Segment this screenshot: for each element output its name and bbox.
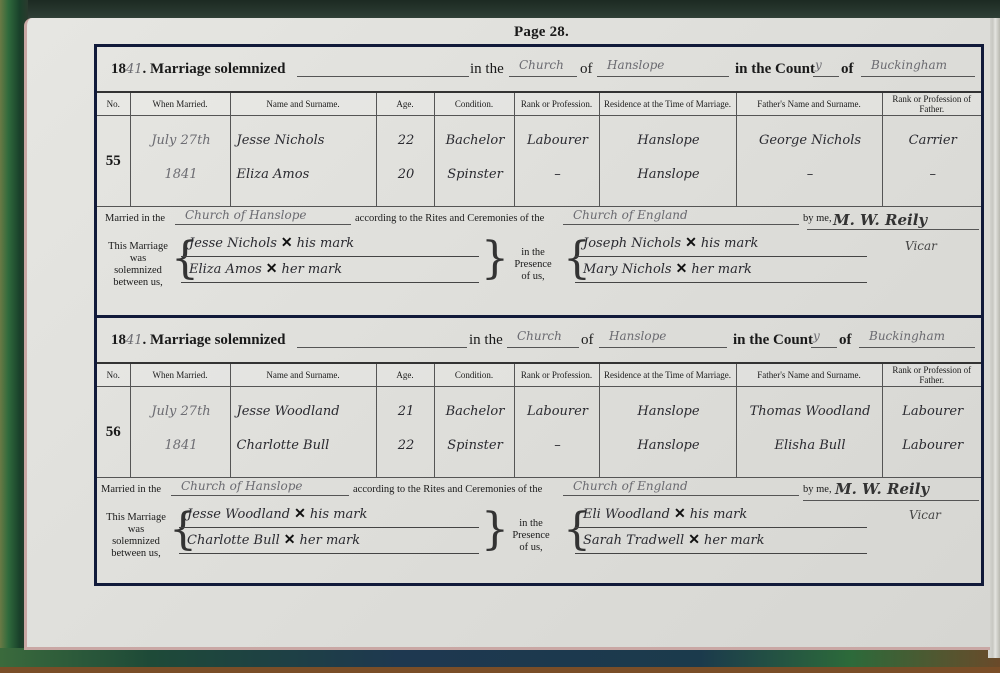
col-father-profession: Rank or Profession of Father. bbox=[882, 364, 981, 387]
witness-signature: Joseph Nichols✕his mark bbox=[575, 233, 867, 257]
bride-father: Elisha Bull bbox=[743, 429, 878, 463]
entry-number: 56 bbox=[97, 387, 130, 478]
father-profession-cell: Labourer Labourer bbox=[882, 387, 981, 478]
place-type: Church bbox=[507, 324, 579, 348]
groom-condition: Bachelor bbox=[441, 395, 510, 429]
officiant-title: Vicar bbox=[909, 508, 941, 522]
col-condition: Condition. bbox=[434, 93, 514, 116]
married-in-label: Married in the bbox=[105, 213, 165, 224]
officiant-line bbox=[803, 500, 979, 501]
bride-profession: – bbox=[521, 158, 595, 192]
groom-name: Jesse Nichols bbox=[237, 124, 372, 158]
col-condition: Condition. bbox=[434, 364, 514, 387]
residence-cell: Hanslope Hanslope bbox=[599, 116, 736, 207]
county-name: Buckingham bbox=[859, 324, 975, 348]
county-of-label: of bbox=[839, 332, 852, 349]
col-name: Name and Surname. bbox=[230, 364, 376, 387]
groom-profession: Labourer bbox=[521, 395, 595, 429]
ages-cell: 22 20 bbox=[376, 116, 434, 207]
marriage-entry-55: 1841. Marriage solemnized in the Church … bbox=[97, 47, 981, 314]
by-me-label: by me, bbox=[803, 484, 832, 495]
col-father-name: Father's Name and Surname. bbox=[736, 364, 882, 387]
year-label: 1841. Marriage solemnized bbox=[111, 61, 285, 78]
entry-table: No. When Married. Name and Surname. Age.… bbox=[97, 93, 981, 207]
father-name-cell: George Nichols – bbox=[736, 116, 882, 207]
bride-name: Charlotte Bull bbox=[237, 429, 372, 463]
entry-heading: 1841. Marriage solemnized in the Church … bbox=[97, 47, 981, 93]
col-when-married: When Married. bbox=[130, 93, 230, 116]
residence-cell: Hanslope Hanslope bbox=[599, 387, 736, 478]
book-binding-bottom bbox=[0, 648, 1000, 673]
this-marriage-label: This Marriage was solemnized between us, bbox=[101, 241, 175, 289]
col-no: No. bbox=[97, 364, 130, 387]
officiant-signature: M. W. Reily bbox=[835, 480, 929, 498]
bride-father-profession: – bbox=[889, 158, 978, 192]
profession-cell: Labourer – bbox=[514, 387, 599, 478]
signatures-block: This Marriage was solemnized between us,… bbox=[97, 504, 981, 574]
groom-name: Jesse Woodland bbox=[237, 395, 372, 429]
of-label: of bbox=[581, 332, 594, 349]
in-the-label: in the bbox=[469, 332, 503, 349]
col-father-name: Father's Name and Surname. bbox=[736, 93, 882, 116]
bride-name: Eliza Amos bbox=[237, 158, 372, 192]
by-me-label: by me, bbox=[803, 213, 832, 224]
bride-condition: Spinster bbox=[441, 429, 510, 463]
col-residence: Residence at the Time of Marriage. bbox=[599, 364, 736, 387]
groom-father-profession: Labourer bbox=[889, 395, 978, 429]
married-in-label: Married in the bbox=[101, 484, 161, 495]
date-year: 1841 bbox=[137, 158, 226, 192]
when-married-cell: July 27th 1841 bbox=[130, 387, 230, 478]
of-label: of bbox=[580, 61, 593, 78]
bride-father-profession: Labourer bbox=[889, 429, 978, 463]
names-cell: Jesse Woodland Charlotte Bull bbox=[230, 387, 376, 478]
ages-cell: 21 22 bbox=[376, 387, 434, 478]
bride-father: – bbox=[743, 158, 878, 192]
marriage-entry-56: 1841. Marriage solemnized in the Church … bbox=[97, 315, 981, 583]
date-day: July 27th bbox=[137, 395, 226, 429]
party-signature: Jesse Woodland✕his mark bbox=[179, 504, 479, 528]
col-name: Name and Surname. bbox=[230, 93, 376, 116]
presence-label: in the Presence of us, bbox=[503, 247, 563, 283]
bride-profession: – bbox=[521, 429, 595, 463]
year-label: 1841. Marriage solemnized bbox=[111, 332, 285, 349]
signatures-block: This Marriage was solemnized between us,… bbox=[97, 233, 981, 303]
marriage-register: 1841. Marriage solemnized in the Church … bbox=[94, 44, 984, 586]
col-profession: Rank or Profession. bbox=[514, 93, 599, 116]
party-signature: Charlotte Bull✕her mark bbox=[179, 530, 479, 554]
col-age: Age. bbox=[376, 93, 434, 116]
col-no: No. bbox=[97, 93, 130, 116]
parish-name: Hanslope bbox=[599, 324, 727, 348]
bride-residence: Hanslope bbox=[606, 429, 732, 463]
col-age: Age. bbox=[376, 364, 434, 387]
officiant-signature: M. W. Reily bbox=[833, 211, 927, 229]
groom-age: 21 bbox=[383, 395, 430, 429]
father-profession-cell: Carrier – bbox=[882, 116, 981, 207]
groom-father: George Nichols bbox=[743, 124, 878, 158]
names-cell: Jesse Nichols Eliza Amos bbox=[230, 116, 376, 207]
groom-father: Thomas Woodland bbox=[743, 395, 878, 429]
groom-profession: Labourer bbox=[521, 124, 595, 158]
col-residence: Residence at the Time of Marriage. bbox=[599, 93, 736, 116]
married-in-place: Church of Hanslope bbox=[171, 476, 349, 496]
county-label: in the Count bbox=[735, 61, 815, 78]
officiant-title: Vicar bbox=[905, 239, 937, 253]
county-of-label: of bbox=[841, 61, 854, 78]
father-name-cell: Thomas Woodland Elisha Bull bbox=[736, 387, 882, 478]
witness-signature: Eli Woodland✕his mark bbox=[575, 504, 867, 528]
groom-age: 22 bbox=[383, 124, 430, 158]
witness-signature: Sarah Tradwell✕her mark bbox=[575, 530, 867, 554]
page-number: Page 28. bbox=[514, 24, 569, 41]
witness-signature: Mary Nichols✕her mark bbox=[575, 259, 867, 283]
party-signature: Eliza Amos✕her mark bbox=[181, 259, 479, 283]
date-day: July 27th bbox=[137, 124, 226, 158]
groom-father-profession: Carrier bbox=[889, 124, 978, 158]
condition-cell: Bachelor Spinster bbox=[434, 116, 514, 207]
solemnized-blank bbox=[297, 324, 467, 348]
according-to-label: according to the Rites and Ceremonies of… bbox=[355, 213, 544, 224]
groom-residence: Hanslope bbox=[606, 395, 732, 429]
bride-condition: Spinster bbox=[441, 158, 510, 192]
presence-label: in the Presence of us, bbox=[501, 518, 561, 554]
county-suffix: y bbox=[811, 324, 837, 348]
entry-heading: 1841. Marriage solemnized in the Church … bbox=[97, 318, 981, 364]
groom-residence: Hanslope bbox=[606, 124, 732, 158]
party-signature: Jesse Nichols✕his mark bbox=[181, 233, 479, 257]
county-name: Buckingham bbox=[861, 53, 975, 77]
groom-condition: Bachelor bbox=[441, 124, 510, 158]
this-marriage-label: This Marriage was solemnized between us, bbox=[99, 512, 173, 560]
bride-age: 20 bbox=[383, 158, 430, 192]
table-row: 55 July 27th 1841 Jesse Nichols Eliza Am… bbox=[97, 116, 981, 207]
in-the-label: in the bbox=[470, 61, 504, 78]
profession-cell: Labourer – bbox=[514, 116, 599, 207]
county-label: in the Count bbox=[733, 332, 813, 349]
col-profession: Rank or Profession. bbox=[514, 364, 599, 387]
entry-number: 55 bbox=[97, 116, 130, 207]
column-headers: No. When Married. Name and Surname. Age.… bbox=[97, 364, 981, 387]
table-row: 56 July 27th 1841 Jesse Woodland Charlot… bbox=[97, 387, 981, 478]
col-father-profession: Rank or Profession of Father. bbox=[882, 93, 981, 116]
rites-of: Church of England bbox=[563, 205, 799, 225]
bride-age: 22 bbox=[383, 429, 430, 463]
officiant-line bbox=[807, 229, 979, 230]
solemnized-blank bbox=[297, 53, 469, 77]
married-in-place: Church of Hanslope bbox=[175, 205, 351, 225]
place-type: Church bbox=[509, 53, 577, 77]
rites-of: Church of England bbox=[563, 476, 799, 496]
column-headers: No. When Married. Name and Surname. Age.… bbox=[97, 93, 981, 116]
county-suffix: y bbox=[813, 53, 839, 77]
according-to-label: according to the Rites and Ceremonies of… bbox=[353, 484, 542, 495]
col-when-married: When Married. bbox=[130, 364, 230, 387]
parish-name: Hanslope bbox=[597, 53, 729, 77]
date-year: 1841 bbox=[137, 429, 226, 463]
condition-cell: Bachelor Spinster bbox=[434, 387, 514, 478]
entry-table: No. When Married. Name and Surname. Age.… bbox=[97, 364, 981, 478]
when-married-cell: July 27th 1841 bbox=[130, 116, 230, 207]
bride-residence: Hanslope bbox=[606, 158, 732, 192]
